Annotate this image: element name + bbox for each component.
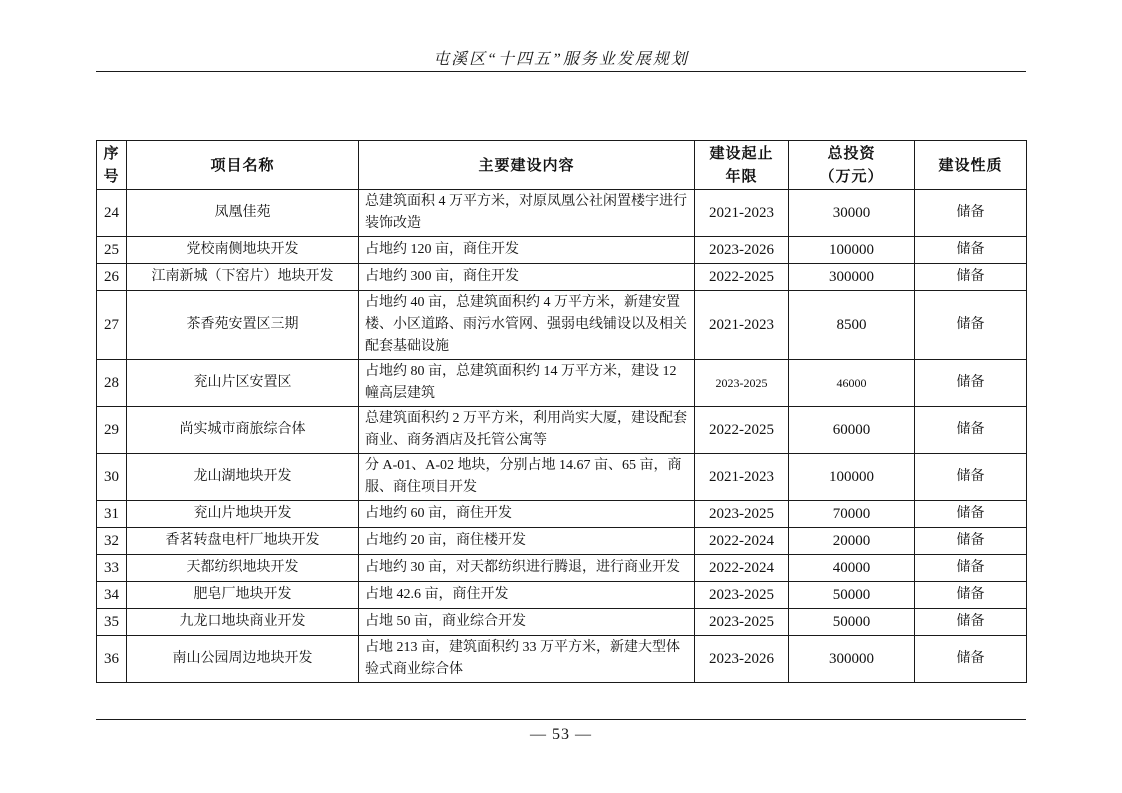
cell-construction-content: 总建筑面积 4 万平方米，对原凤凰公社闲置楼宇进行装饰改造 [359,190,695,237]
cell-construction-nature: 储备 [915,636,1027,683]
table-row: 26江南新城（下窑片）地块开发占地约 300 亩，商住开发2022-202530… [97,264,1027,291]
column-header: 主要建设内容 [359,141,695,190]
cell-construction-nature: 储备 [915,582,1027,609]
cell-construction-content: 占地约 20 亩，商住楼开发 [359,528,695,555]
projects-table: 序 号项目名称主要建设内容建设起止 年限总投资 （万元）建设性质 24凤凰佳苑总… [96,140,1027,683]
cell-construction-years: 2023-2026 [695,237,789,264]
cell-serial-number: 34 [97,582,127,609]
table-row: 35九龙口地块商业开发占地 50 亩，商业综合开发2023-202550000储… [97,609,1027,636]
cell-construction-years: 2022-2025 [695,407,789,454]
cell-construction-nature: 储备 [915,454,1027,501]
cell-total-investment: 50000 [789,582,915,609]
cell-project-name: 党校南侧地块开发 [127,237,359,264]
cell-construction-years: 2023-2026 [695,636,789,683]
cell-serial-number: 31 [97,501,127,528]
cell-serial-number: 27 [97,291,127,360]
cell-construction-nature: 储备 [915,264,1027,291]
page-number: — 53 — [0,726,1122,744]
cell-construction-content: 分 A-01、A-02 地块，分别占地 14.67 亩、65 亩，商服、商住项目… [359,454,695,501]
cell-construction-content: 占地约 80 亩，总建筑面积约 14 万平方米，建设 12 幢高层建筑 [359,360,695,407]
cell-serial-number: 30 [97,454,127,501]
table-body: 24凤凰佳苑总建筑面积 4 万平方米，对原凤凰公社闲置楼宇进行装饰改造2021-… [97,190,1027,683]
cell-total-investment: 30000 [789,190,915,237]
cell-construction-content: 占地约 300 亩，商住开发 [359,264,695,291]
table-row: 32香茗转盘电杆厂地块开发占地约 20 亩，商住楼开发2022-20242000… [97,528,1027,555]
cell-serial-number: 35 [97,609,127,636]
table-row: 34肥皂厂地块开发占地 42.6 亩，商住开发2023-202550000储备 [97,582,1027,609]
cell-construction-years: 2022-2024 [695,528,789,555]
column-header: 序 号 [97,141,127,190]
cell-construction-years: 2021-2023 [695,454,789,501]
cell-construction-years: 2021-2023 [695,190,789,237]
cell-serial-number: 32 [97,528,127,555]
cell-project-name: 九龙口地块商业开发 [127,609,359,636]
cell-construction-years: 2023-2025 [695,609,789,636]
cell-serial-number: 29 [97,407,127,454]
cell-construction-nature: 储备 [915,555,1027,582]
cell-construction-content: 占地约 60 亩，商住开发 [359,501,695,528]
cell-construction-content: 占地约 40 亩，总建筑面积约 4 万平方米，新建安置楼、小区道路、雨污水管网、… [359,291,695,360]
document-page: 屯溪区“十四五”服务业发展规划 序 号项目名称主要建设内容建设起止 年限总投资 … [0,0,1122,793]
cell-total-investment: 70000 [789,501,915,528]
cell-construction-nature: 储备 [915,360,1027,407]
header-rule [96,71,1026,72]
cell-total-investment: 300000 [789,636,915,683]
column-header: 建设起止 年限 [695,141,789,190]
cell-total-investment: 40000 [789,555,915,582]
table-row: 25党校南侧地块开发占地约 120 亩，商住开发2023-2026100000储… [97,237,1027,264]
cell-total-investment: 8500 [789,291,915,360]
cell-construction-years: 2023-2025 [695,360,789,407]
cell-construction-nature: 储备 [915,501,1027,528]
cell-project-name: 香茗转盘电杆厂地块开发 [127,528,359,555]
projects-table-container: 序 号项目名称主要建设内容建设起止 年限总投资 （万元）建设性质 24凤凰佳苑总… [96,140,1026,683]
cell-construction-content: 总建筑面积约 2 万平方米，利用尚实大厦，建设配套商业、商务酒店及托管公寓等 [359,407,695,454]
table-row: 36南山公园周边地块开发占地 213 亩，建筑面积约 33 万平方米，新建大型体… [97,636,1027,683]
cell-project-name: 江南新城（下窑片）地块开发 [127,264,359,291]
cell-total-investment: 100000 [789,237,915,264]
cell-construction-years: 2023-2025 [695,582,789,609]
cell-construction-content: 占地 50 亩，商业综合开发 [359,609,695,636]
table-row: 27茶香苑安置区三期占地约 40 亩，总建筑面积约 4 万平方米，新建安置楼、小… [97,291,1027,360]
cell-construction-content: 占地约 120 亩，商住开发 [359,237,695,264]
table-row: 33天都纺织地块开发占地约 30 亩，对天都纺织进行腾退，进行商业开发2022-… [97,555,1027,582]
cell-total-investment: 20000 [789,528,915,555]
cell-construction-nature: 储备 [915,237,1027,264]
column-header: 总投资 （万元） [789,141,915,190]
cell-serial-number: 36 [97,636,127,683]
footer-rule [96,719,1026,720]
cell-serial-number: 26 [97,264,127,291]
cell-construction-content: 占地约 30 亩，对天都纺织进行腾退，进行商业开发 [359,555,695,582]
cell-total-investment: 100000 [789,454,915,501]
cell-total-investment: 46000 [789,360,915,407]
cell-construction-nature: 储备 [915,407,1027,454]
cell-construction-content: 占地 213 亩，建筑面积约 33 万平方米，新建大型体验式商业综合体 [359,636,695,683]
cell-project-name: 凤凰佳苑 [127,190,359,237]
table-row: 24凤凰佳苑总建筑面积 4 万平方米，对原凤凰公社闲置楼宇进行装饰改造2021-… [97,190,1027,237]
cell-total-investment: 60000 [789,407,915,454]
cell-serial-number: 33 [97,555,127,582]
column-header: 项目名称 [127,141,359,190]
cell-project-name: 尚实城市商旅综合体 [127,407,359,454]
cell-construction-nature: 储备 [915,609,1027,636]
cell-project-name: 兖山片区安置区 [127,360,359,407]
cell-construction-nature: 储备 [915,190,1027,237]
cell-project-name: 肥皂厂地块开发 [127,582,359,609]
cell-project-name: 南山公园周边地块开发 [127,636,359,683]
cell-project-name: 天都纺织地块开发 [127,555,359,582]
cell-serial-number: 25 [97,237,127,264]
column-header: 建设性质 [915,141,1027,190]
cell-serial-number: 24 [97,190,127,237]
cell-project-name: 兖山片地块开发 [127,501,359,528]
cell-construction-years: 2022-2024 [695,555,789,582]
cell-serial-number: 28 [97,360,127,407]
cell-project-name: 龙山湖地块开发 [127,454,359,501]
cell-total-investment: 50000 [789,609,915,636]
cell-project-name: 茶香苑安置区三期 [127,291,359,360]
cell-construction-years: 2022-2025 [695,264,789,291]
cell-total-investment: 300000 [789,264,915,291]
table-row: 28兖山片区安置区占地约 80 亩，总建筑面积约 14 万平方米，建设 12 幢… [97,360,1027,407]
table-row: 30龙山湖地块开发分 A-01、A-02 地块，分别占地 14.67 亩、65 … [97,454,1027,501]
cell-construction-content: 占地 42.6 亩，商住开发 [359,582,695,609]
cell-construction-years: 2021-2023 [695,291,789,360]
document-header-title: 屯溪区“十四五”服务业发展规划 [0,46,1122,69]
cell-construction-nature: 储备 [915,528,1027,555]
table-row: 31兖山片地块开发占地约 60 亩，商住开发2023-202570000储备 [97,501,1027,528]
table-row: 29尚实城市商旅综合体总建筑面积约 2 万平方米，利用尚实大厦，建设配套商业、商… [97,407,1027,454]
cell-construction-nature: 储备 [915,291,1027,360]
cell-construction-years: 2023-2025 [695,501,789,528]
table-header-row: 序 号项目名称主要建设内容建设起止 年限总投资 （万元）建设性质 [97,141,1027,190]
